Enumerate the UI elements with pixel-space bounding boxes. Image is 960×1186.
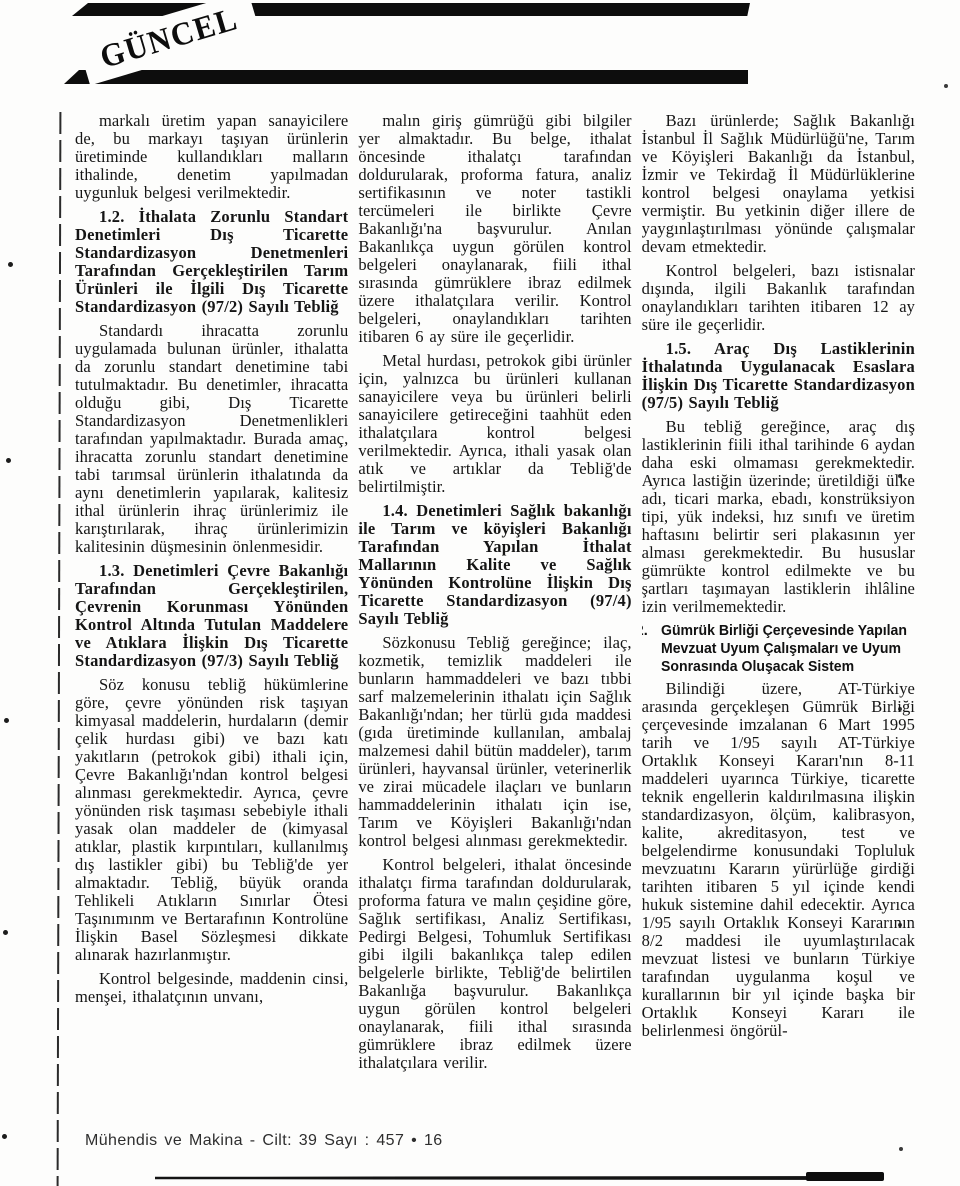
paragraph: Sözkonusu Tebliğ gereğince; ilaç, kozmet… [358,634,631,850]
section-heading-2-number: 2. [642,622,648,640]
paragraph: Metal hurdası, petrokok gibi ürünler içi… [358,352,631,496]
column-2: malın giriş gümrüğü gibi bilgiler yer al… [358,112,631,1130]
paragraph: markalı üretim yapan sanayicilere de, bu… [75,112,348,202]
paragraph: Bazı ürünlerde; Sağlık Bakanlığı İstanbu… [642,112,915,256]
section-heading-1-5: 1.5. Araç Dış Lastiklerinin İthalatında … [642,340,915,412]
header-rule-bottom [64,70,748,84]
left-margin-rule [57,112,62,1186]
paragraph: malın giriş gümrüğü gibi bilgiler yer al… [358,112,631,346]
journal-page: GÜNCEL markalı üretim yapan sanayicilere… [0,0,960,1186]
margin-fold-dot [8,262,13,267]
margin-fold-dot [3,930,8,935]
column-1: markalı üretim yapan sanayicilere de, bu… [75,112,348,1130]
paragraph: Kontrol belgeleri, ithalat öncesinde ith… [358,856,631,1072]
section-heading-1-3: 1.3. Denetimleri Çevre Bakanlığı Tarafın… [75,562,348,670]
paragraph: Kontrol belgesinde, maddenin cinsi, menş… [75,970,348,1006]
section-heading-2: 2. Gümrük Birliği Çerçevesinde Yapılan M… [642,622,915,676]
margin-fold-dot [899,1147,903,1151]
paragraph: Kontrol belgeleri, bazı istisnalar dışın… [642,262,915,334]
margin-fold-dot [2,1134,7,1139]
section-heading-1-2: 1.2. İthalata Zorunlu Standart Denetimle… [75,208,348,316]
margin-fold-dot [4,718,9,723]
journal-footer: Mühendis ve Makina - Cilt: 39 Sayı : 457… [85,1132,443,1150]
paragraph: Standardı ihracatta zorunlu uygulamada b… [75,322,348,556]
footer-rule-blob [806,1172,884,1181]
column-3: Bazı ürünlerde; Sağlık Bakanlığı İstanbu… [642,112,915,1130]
footer-rule [155,1176,883,1180]
paragraph: Söz konusu tebliğ hükümlerine göre, çevr… [75,676,348,964]
margin-fold-dot [6,458,11,463]
paragraph: Bilindiği üzere, AT-Türkiye arasında ger… [642,680,915,1040]
paragraph: Bu tebliğ gereğince, araç dış lastikleri… [642,418,915,616]
article-body: markalı üretim yapan sanayicilere de, bu… [75,112,915,1130]
section-heading-2-title: Gümrük Birliği Çerçevesinde Yapılan Mevz… [661,622,908,676]
section-heading-1-4: 1.4. Denetimleri Sağlık bakanlığı ile Ta… [358,502,631,628]
margin-fold-dot [944,84,948,88]
